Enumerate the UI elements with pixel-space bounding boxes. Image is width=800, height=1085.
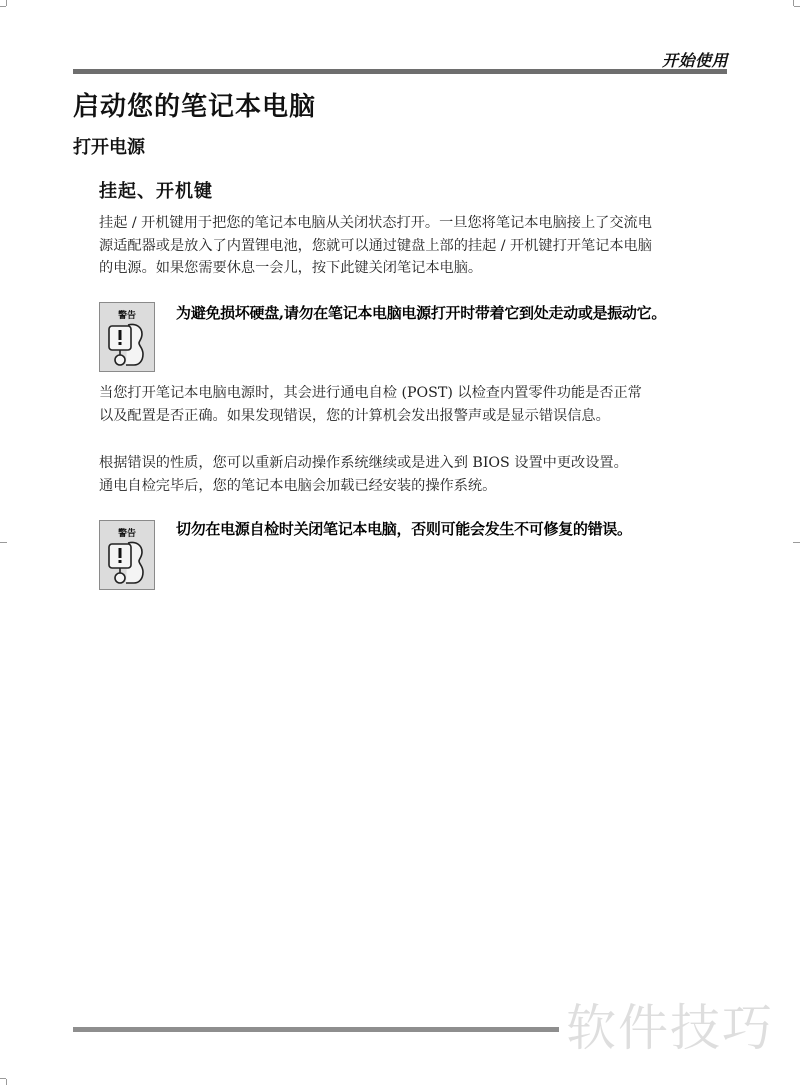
- crop-mark: [793, 0, 794, 6]
- crop-mark: [6, 0, 7, 6]
- warning-exclamation-figure-icon: [106, 321, 150, 373]
- paragraph-post: 当您打开笔记本电脑电源时，其会进行通电自检 (POST) 以检查内置零件功能是否…: [99, 382, 731, 427]
- warning-label: 警告: [100, 526, 154, 539]
- paragraph-line: 根据错误的性质，您可以重新启动操作系统继续或是进入到 BIOS 设置中更改设置。: [99, 452, 731, 475]
- paragraph-bios: 根据错误的性质，您可以重新启动操作系统继续或是进入到 BIOS 设置中更改设置。…: [99, 452, 731, 497]
- warning-box: 警告: [99, 520, 155, 590]
- paragraph-line: 挂起 / 开机键用于把您的笔记本电脑从关闭状态打开。一旦您将笔记本电脑接上了交流…: [99, 212, 731, 235]
- warning-text: 切勿在电源自检时关闭笔记本电脑，否则可能会发生不可修复的错误。: [176, 518, 632, 539]
- crop-mark: [794, 6, 800, 7]
- warning-box: 警告: [99, 302, 155, 372]
- warning-label: 警告: [100, 308, 154, 321]
- footer-rule: [73, 1027, 559, 1032]
- warning-exclamation-figure-icon: [106, 539, 150, 591]
- paragraph-line: 通电自检完毕后，您的笔记本电脑会加载已经安装的操作系统。: [99, 475, 731, 498]
- section-title: 打开电源: [73, 133, 145, 159]
- warning-text: 为避免损坏硬盘,请勿在笔记本电脑电源打开时带着它到处走动或是振动它。: [176, 302, 666, 323]
- header-rule: [73, 69, 727, 74]
- crop-mark: [0, 542, 7, 543]
- crop-mark: [0, 6, 6, 7]
- paragraph-line: 的电源。如果您需要休息一会儿，按下此键关闭笔记本电脑。: [99, 257, 731, 280]
- watermark: 软件技巧: [566, 988, 774, 1060]
- paragraph-line: 当您打开笔记本电脑电源时，其会进行通电自检 (POST) 以检查内置零件功能是否…: [99, 382, 731, 405]
- paragraph-line: 源适配器或是放入了内置锂电池，您就可以通过键盘上部的挂起 / 开机键打开笔记本电…: [99, 235, 731, 258]
- subsection-title: 挂起、开机键: [99, 177, 213, 203]
- crop-mark: [6, 1079, 7, 1085]
- page-title: 启动您的笔记本电脑: [73, 86, 316, 123]
- paragraph-power-button: 挂起 / 开机键用于把您的笔记本电脑从关闭状态打开。一旦您将笔记本电脑接上了交流…: [99, 212, 731, 280]
- crop-mark: [793, 542, 800, 543]
- running-header: 开始使用: [662, 48, 728, 71]
- paragraph-line: 以及配置是否正确。如果发现错误，您的计算机会发出报警声或是显示错误信息。: [99, 405, 731, 428]
